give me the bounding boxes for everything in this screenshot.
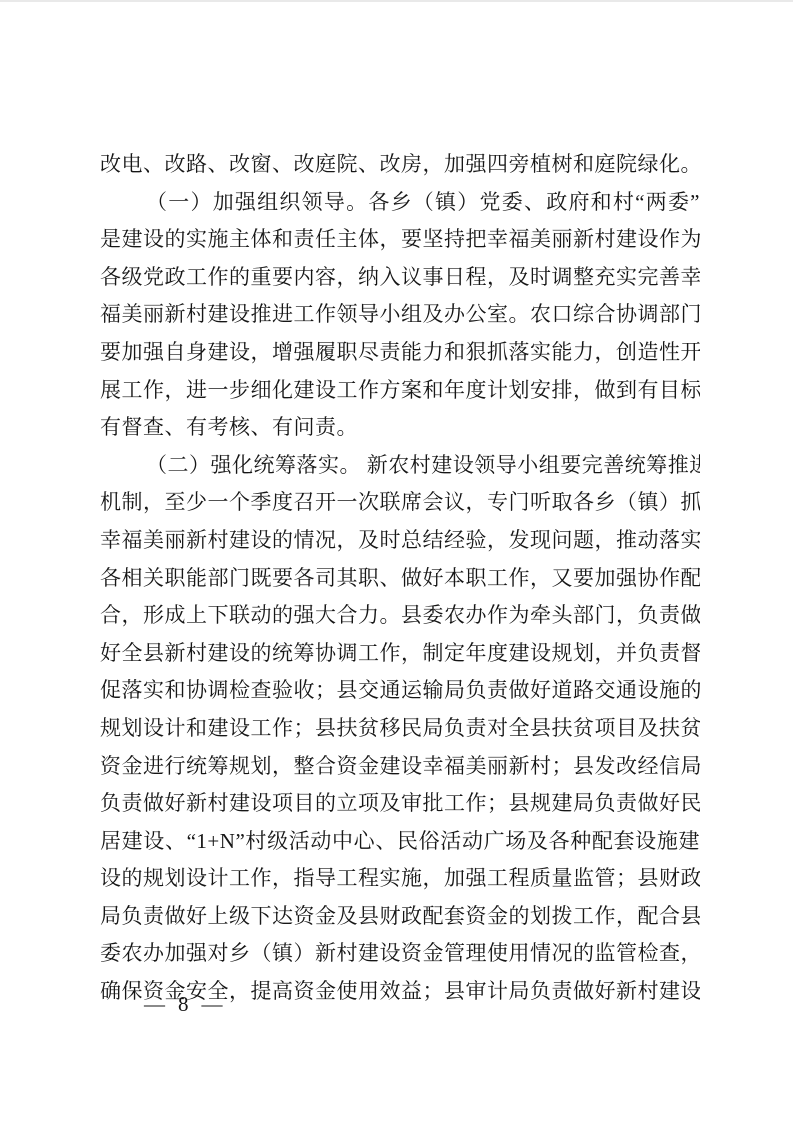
text-line: 各相关职能部门既要各司其职、做好本职工作，又要加强协作配 [100,560,700,598]
text-line: 居建设、“1+N”村级活动中心、民俗活动广场及各种配套设施建 [100,823,700,861]
text-line-paragraph-start: （一）加强组织领导。各乡（镇）党委、政府和村“两委” [100,184,700,222]
scan-edge-line [0,0,793,2]
text-line: 资金进行统筹规划，整合资金建设幸福美丽新村；县发改经信局 [100,748,700,786]
text-line: 规划设计和建设工作；县扶贫移民局负责对全县扶贫项目及扶贫 [100,710,700,748]
text-line: 各级党政工作的重要内容，纳入议事日程，及时调整充实完善幸 [100,259,700,297]
text-line: 局负责做好上级下达资金及县财政配套资金的划拨工作，配合县 [100,898,700,936]
text-line: 幸福美丽新村建设的情况，及时总结经验，发现问题，推动落实。 [100,522,700,560]
text-line: 负责做好新村建设项目的立项及审批工作；县规建局负责做好民 [100,785,700,823]
text-line: 改电、改路、改窗、改庭院、改房，加强四旁植树和庭院绿化。 [100,146,700,184]
text-line: 好全县新村建设的统筹协调工作，制定年度建设规划，并负责督 [100,635,700,673]
text-line: 合，形成上下联动的强大合力。县委农办作为牵头部门，负责做 [100,597,700,635]
text-line: 机制，至少一个季度召开一次联席会议，专门听取各乡（镇）抓 [100,484,700,522]
text-line: 要加强自身建设，增强履职尽责能力和狠抓落实能力，创造性开 [100,334,700,372]
page-footer: — 8 — [144,986,223,1023]
page-number: 8 [178,992,189,1017]
text-line: 设的规划设计工作，指导工程实施，加强工程质量监管；县财政 [100,860,700,898]
text-line-paragraph-start: （二）强化统筹落实。 新农村建设领导小组要完善统筹推进 [100,447,700,485]
text-line: 促落实和协调检查验收；县交通运输局负责做好道路交通设施的 [100,672,700,710]
footer-dash-right: — [202,992,223,1017]
text-line: 是建设的实施主体和责任主体，要坚持把幸福美丽新村建设作为 [100,221,700,259]
footer-dash-left: — [144,992,165,1017]
text-line: 展工作，进一步细化建设工作方案和年度计划安排，做到有目标、 [100,372,700,410]
text-line-paragraph-end: 有督查、有考核、有问责。 [100,409,700,447]
text-line: 福美丽新村建设推进工作领导小组及办公室。农口综合协调部门 [100,296,700,334]
text-line: 委农办加强对乡（镇）新村建设资金管理使用情况的监管检查， [100,935,700,973]
document-body: 改电、改路、改窗、改庭院、改房，加强四旁植树和庭院绿化。 （一）加强组织领导。各… [100,146,700,1011]
